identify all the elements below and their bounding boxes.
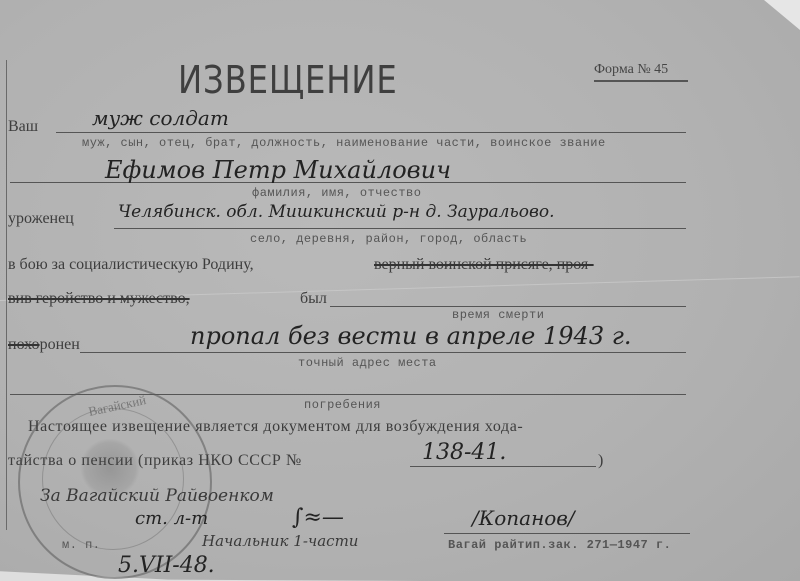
relation-line [56, 132, 686, 133]
born-line [114, 228, 686, 229]
death-line [80, 352, 686, 353]
form-number-underline [594, 80, 688, 82]
born-value: Челябинск. обл. Мишкинский р-н д. Заурал… [118, 202, 555, 222]
rank-value: ст. л-т [135, 508, 208, 529]
order-number: 138-41. [422, 440, 506, 465]
signature-name: /Копанов/ [472, 506, 575, 530]
buried-struck: похо [8, 336, 40, 353]
notice-line-2: тайства о пенсии (приказ НКО СССР № [8, 452, 302, 470]
name-hint: фамилия, имя, отчество [252, 186, 421, 200]
document-title: ИЗВЕЩЕНИЕ [178, 58, 398, 102]
was-line [330, 306, 686, 307]
name-value: Ефимов Петр Михайлович [105, 156, 451, 184]
death-time-hint: время смерти [452, 308, 544, 322]
battle-struck-text: верный воинской присяге, проя- [374, 256, 594, 274]
notice-close-paren: ) [598, 452, 603, 470]
relation-label: Ваш [8, 118, 38, 136]
chief-label: Начальник 1-части [202, 532, 358, 550]
battle-text: в бою за социалистическую Родину, [8, 256, 254, 274]
order-line [410, 466, 596, 467]
buried-label: похоронен [8, 336, 80, 354]
relation-hint: муж, сын, отец, брат, должность, наимено… [82, 136, 606, 150]
heroism-struck-text: вив геройство и мужество, [8, 290, 190, 308]
born-label: уроженец [8, 210, 74, 228]
date-value: 5.VII-48. [118, 553, 215, 578]
born-hint: село, деревня, район, город, область [250, 232, 527, 246]
buried-rest: ронен [40, 336, 80, 353]
signature-scrawl: ∫≈— [292, 505, 344, 530]
printer-info: Вагай райтип.зак. 271—1947 г. [448, 538, 671, 552]
exact-place-hint: точный адрес места [298, 356, 437, 370]
notice-line-1: Настоящее извещение является документом … [28, 418, 523, 436]
was-label: был [300, 290, 327, 308]
form-border [6, 60, 7, 530]
relation-value: муж солдат [92, 106, 229, 130]
mp-label: м. п. [62, 538, 101, 552]
form-number: Форма № 45 [594, 62, 668, 78]
signature-block: За Вагайский Райвоенком [40, 486, 274, 506]
burial-hint: погребения [304, 398, 381, 412]
signature-line [444, 533, 690, 534]
death-value: пропал без вести в апреле 1943 г. [190, 322, 631, 350]
